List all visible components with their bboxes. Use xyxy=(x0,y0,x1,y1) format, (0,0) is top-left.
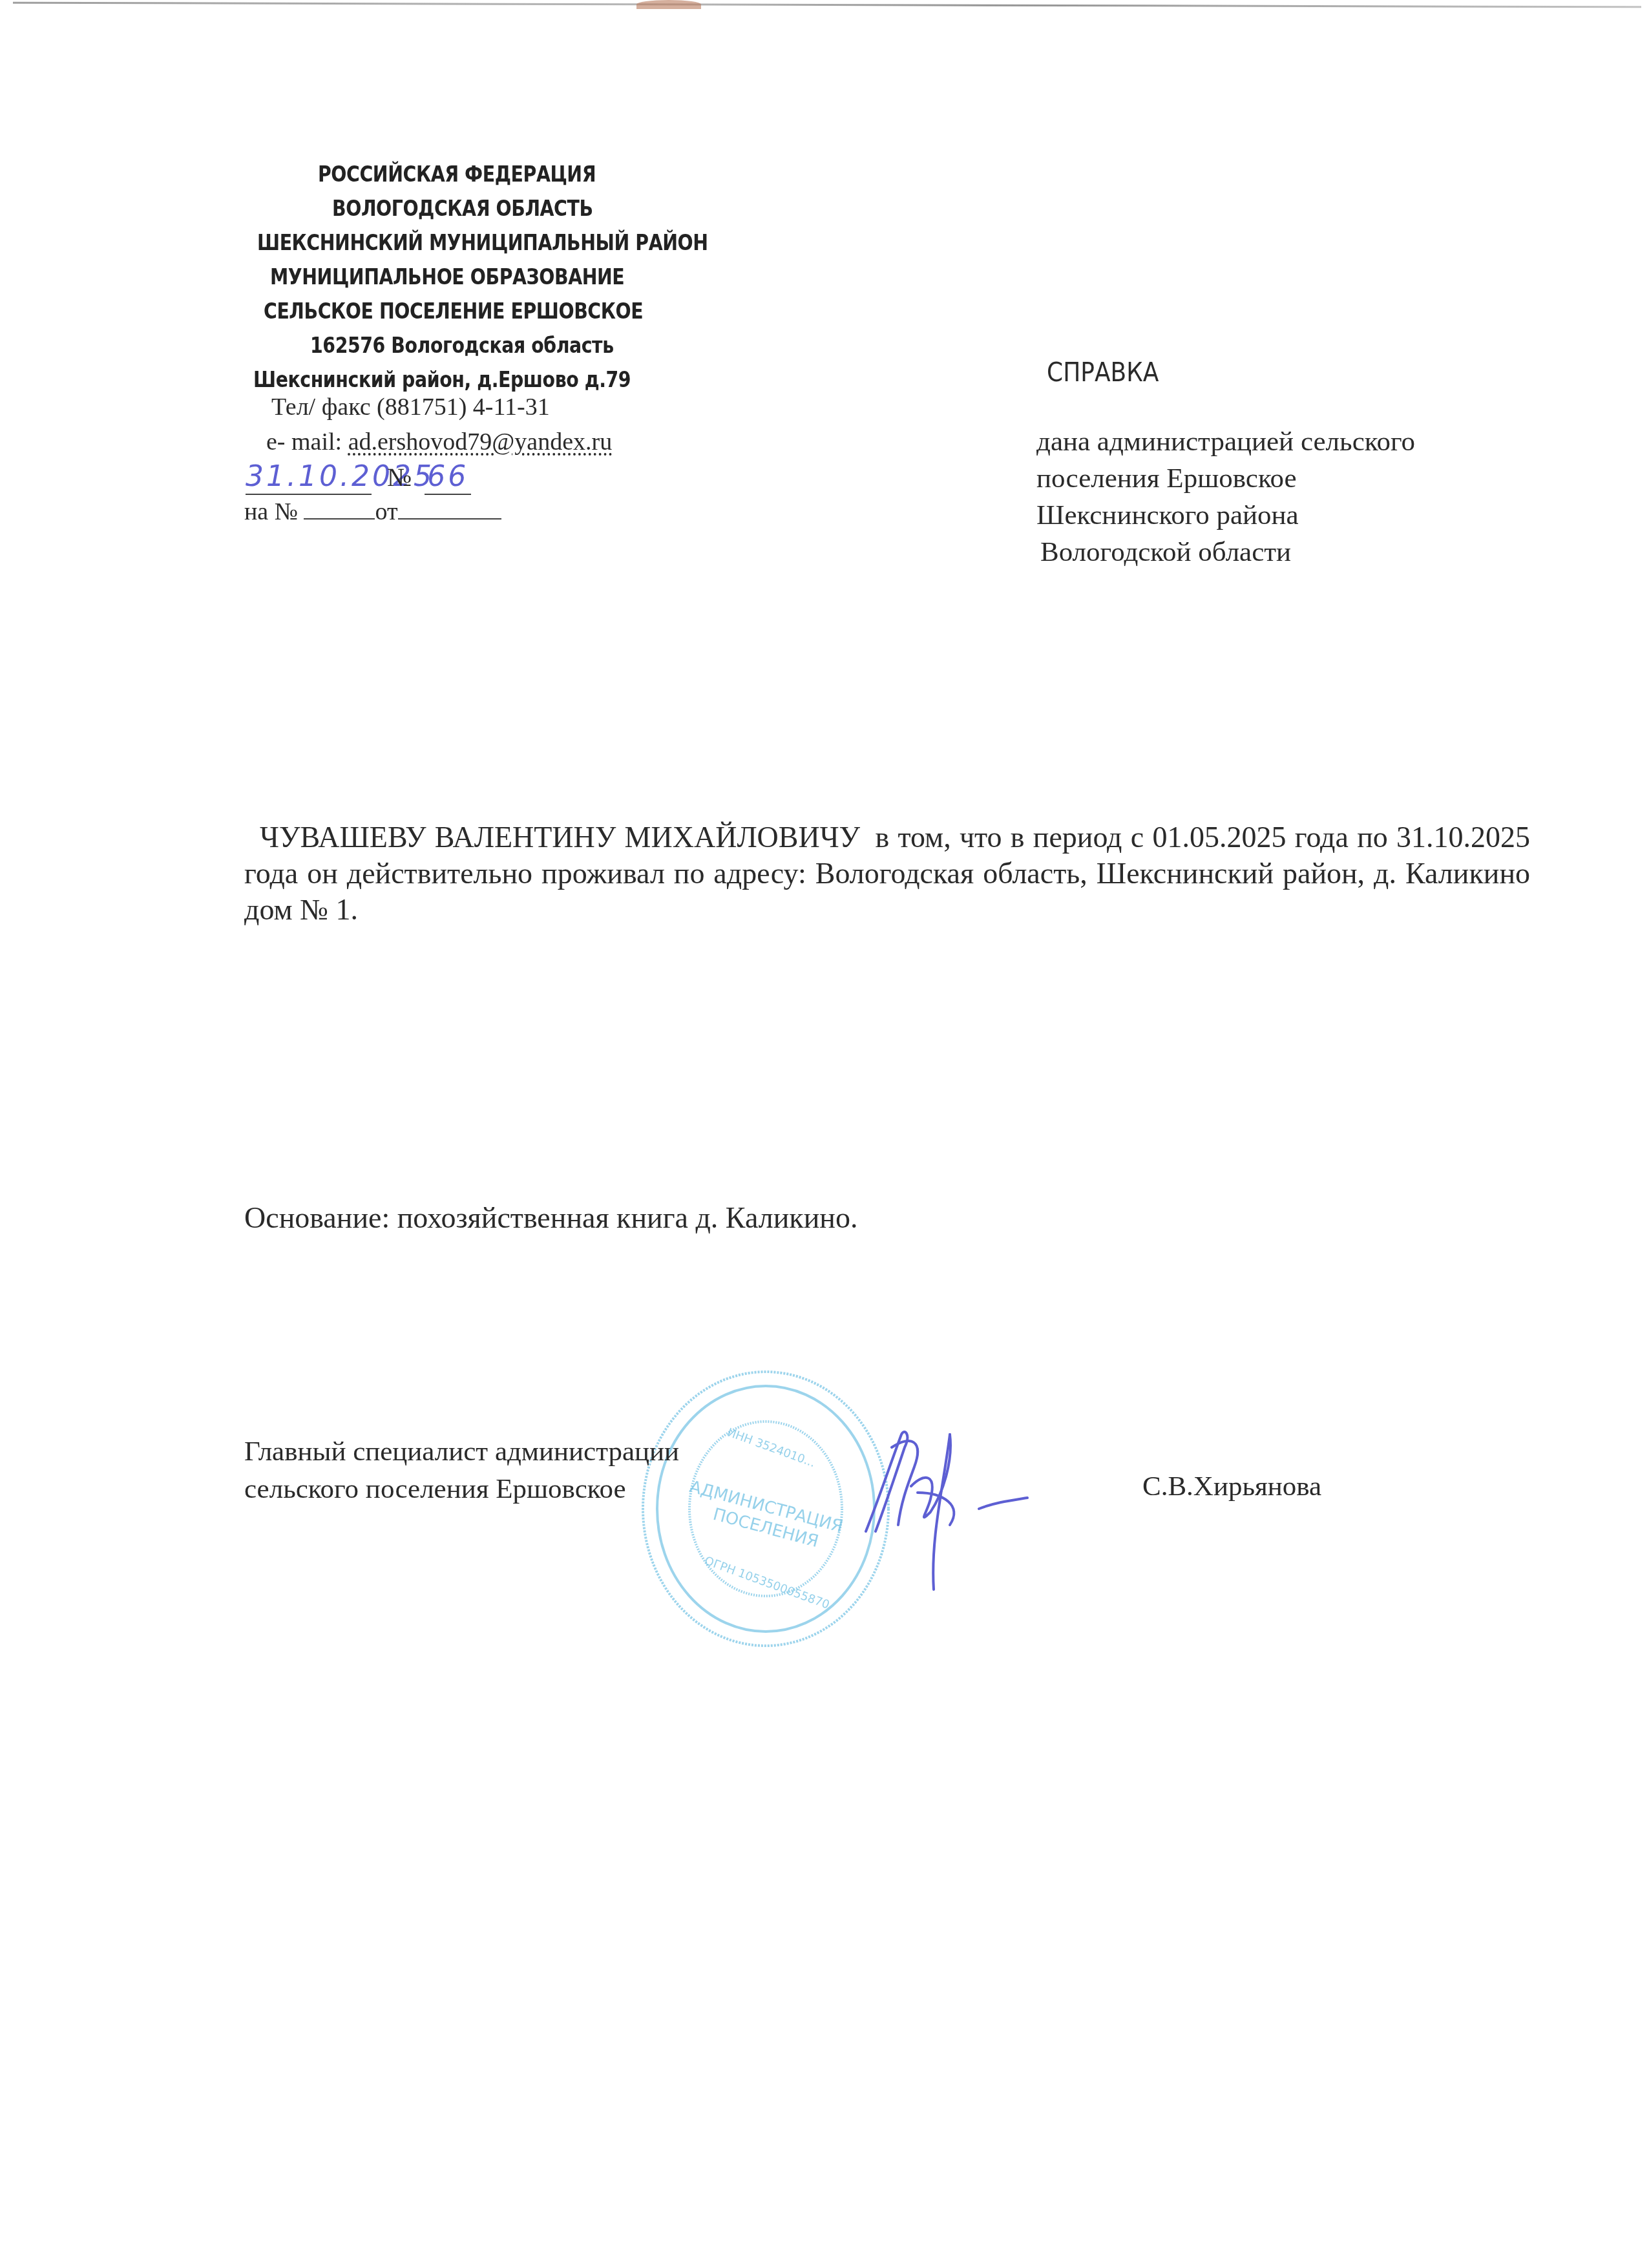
letterhead-line-address: Шекснинский район, д.Ершово д.79 xyxy=(253,367,631,392)
signatory-position-line2: сельского поселения Ершовское xyxy=(244,1471,679,1508)
email-label: e- mail: xyxy=(266,428,348,456)
outgoing-date: 31.10.2025 xyxy=(246,460,372,495)
basis-line: Основание: похозяйственная книга д. Кали… xyxy=(244,1201,857,1235)
issued-by-line: дана администрацией сельского xyxy=(1036,423,1415,460)
email-link[interactable]: ad.ershovod79@yandex.ru xyxy=(348,428,613,456)
reply-to-number-field xyxy=(304,499,375,520)
reply-from-label: от xyxy=(375,498,397,525)
signatory-position-line1: Главный специалист администрации xyxy=(244,1433,679,1471)
signatory-position: Главный специалист администрации сельско… xyxy=(244,1433,679,1508)
document-title: СПРАВКА xyxy=(1047,358,1159,388)
reply-from-date-field xyxy=(398,499,501,520)
scan-artifact xyxy=(636,0,701,9)
letterhead-line-region: ВОЛОГОДСКАЯ ОБЛАСТЬ xyxy=(332,196,593,221)
letterhead-line-country: РОССИЙСКАЯ ФЕДЕРАЦИЯ xyxy=(318,162,596,187)
number-sign: № xyxy=(387,463,412,492)
certificate-body: ЧУВАШЕВУ ВАЛЕНТИНУ МИХАЙЛОВИЧУ в том, чт… xyxy=(244,819,1530,928)
recipient-name: ЧУВАШЕВУ ВАЛЕНТИНУ МИХАЙЛОВИЧУ xyxy=(260,821,860,854)
scan-edge xyxy=(13,2,1641,8)
letterhead-line-postcode: 162576 Вологодская область xyxy=(310,333,614,358)
letterhead-line-municipality: МУНИЦИПАЛЬНОЕ ОБРАЗОВАНИЕ xyxy=(270,264,624,289)
issued-by-block: дана администрацией сельского поселения … xyxy=(1036,423,1415,571)
stamp-ogrn: ОГРН 1053500055870 xyxy=(702,1554,831,1612)
letterhead-email-row: e- mail: ad.ershovod79@yandex.ru xyxy=(266,428,612,456)
handwritten-signature xyxy=(840,1422,1073,1628)
issued-by-line: Вологодской области xyxy=(1036,534,1415,571)
reply-to-row: на № от xyxy=(244,498,501,526)
outgoing-date-row: 31.10.2025 № 66 xyxy=(246,460,471,499)
letterhead-phone: Тел/ факс (881751) 4-11-31 xyxy=(271,393,550,421)
issued-by-line: поселения Ершовское xyxy=(1036,460,1415,497)
signatory-name: С.В.Хирьянова xyxy=(1142,1471,1321,1502)
outgoing-number: 66 xyxy=(425,460,471,495)
letterhead-line-district: ШЕКСНИНСКИЙ МУНИЦИПАЛЬНЫЙ РАЙОН xyxy=(257,230,708,255)
letterhead-line-settlement: СЕЛЬСКОЕ ПОСЕЛЕНИЕ ЕРШОВСКОЕ xyxy=(264,299,643,324)
issued-by-line: Шекснинского района xyxy=(1036,497,1415,534)
reply-to-label: на № xyxy=(244,498,298,525)
